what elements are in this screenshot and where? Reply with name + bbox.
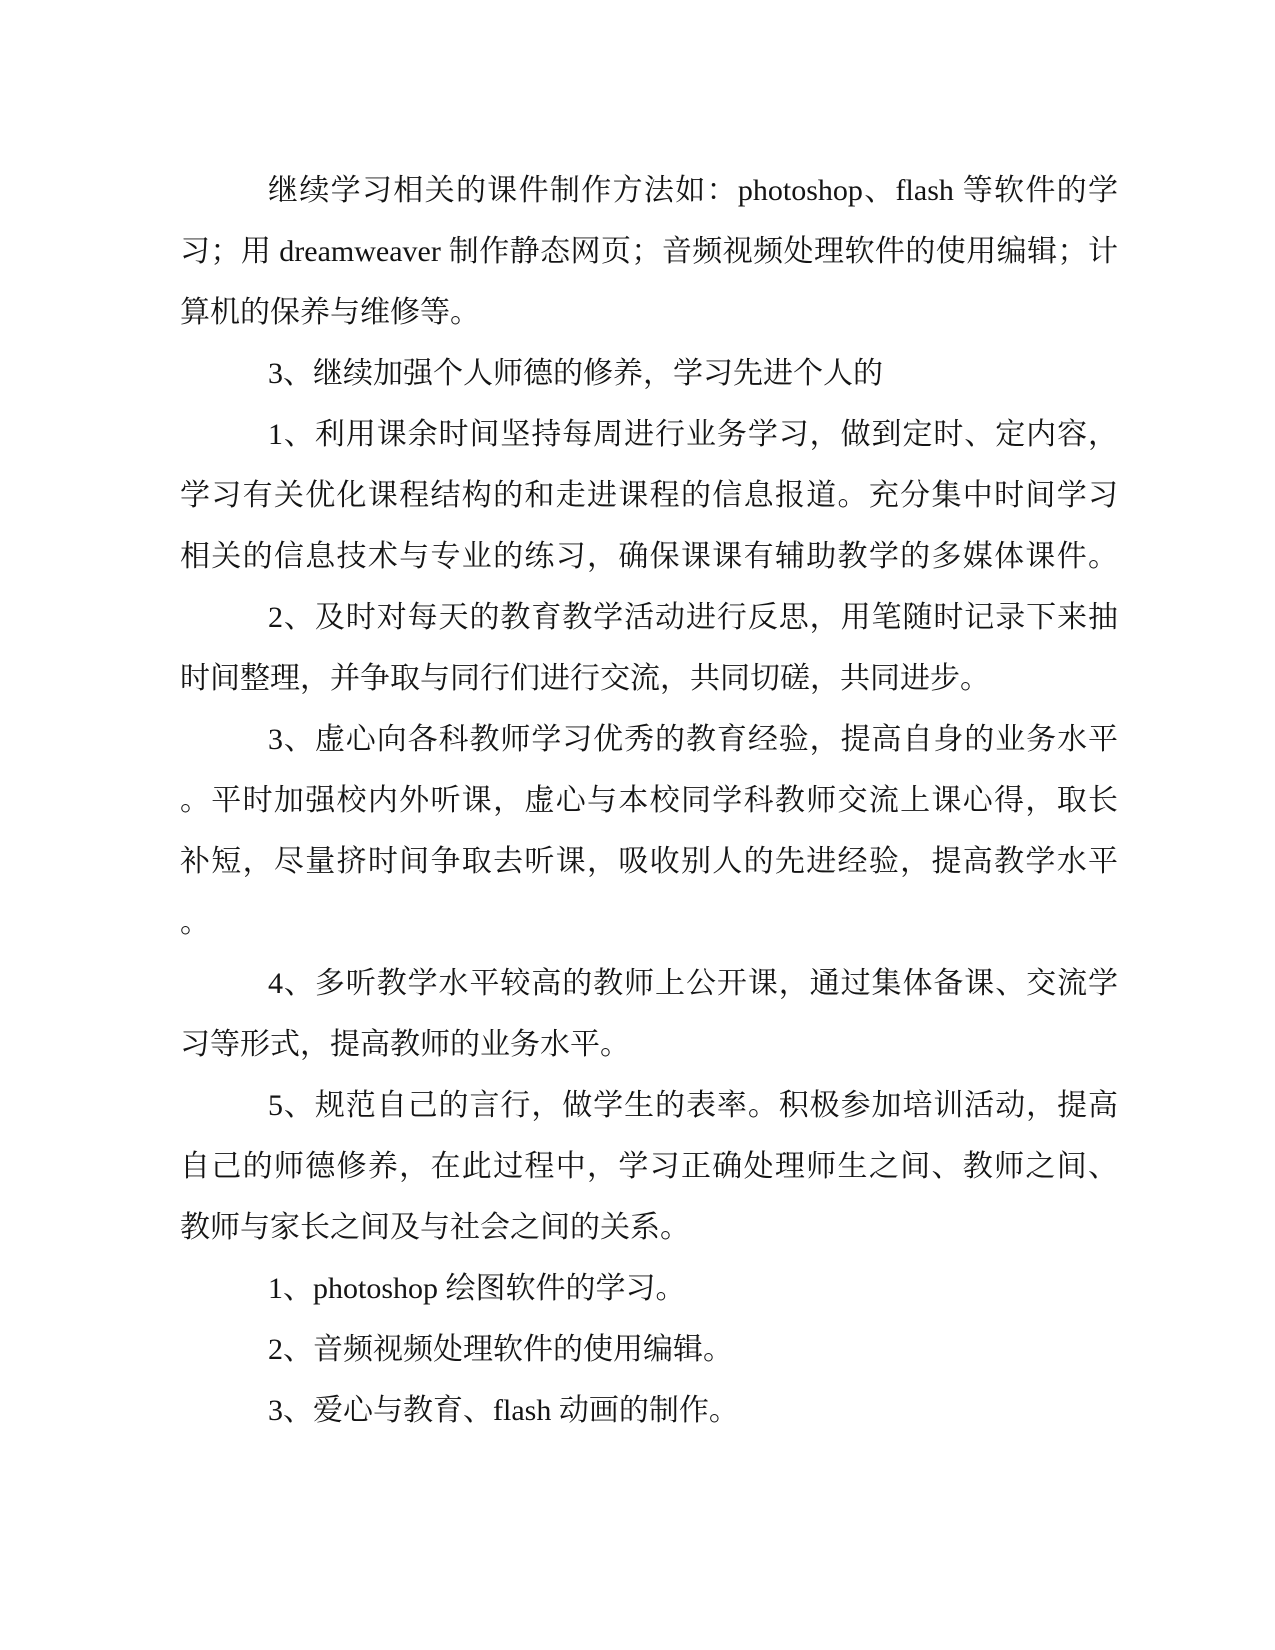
text-line: 相关的信息技术与专业的练习，确保课课有辅助教学的多媒体课件。 xyxy=(180,526,1118,587)
text-line: 5、规范自己的言行，做学生的表率。积极参加培训活动，提高 xyxy=(180,1075,1118,1136)
text-line: 教师与家长之间及与社会之间的关系。 xyxy=(180,1197,1118,1258)
text-line: 1、photoshop 绘图软件的学习。 xyxy=(180,1258,1118,1319)
text-line: 算机的保养与维修等。 xyxy=(180,282,1118,343)
text-line: 2、音频视频处理软件的使用编辑。 xyxy=(180,1319,1118,1380)
text-line: 4、多听教学水平较高的教师上公开课，通过集体备课、交流学 xyxy=(180,953,1118,1014)
text-line: 时间整理，并争取与同行们进行交流，共同切磋，共同进步。 xyxy=(180,648,1118,709)
text-line: 。 xyxy=(180,892,1118,953)
text-line: 习等形式，提高教师的业务水平。 xyxy=(180,1014,1118,1075)
text-line: 3、继续加强个人师德的修养，学习先进个人的 xyxy=(180,343,1118,404)
text-line: 学习有关优化课程结构的和走进课程的信息报道。充分集中时间学习 xyxy=(180,465,1118,526)
text-line: 1、利用课余时间坚持每周进行业务学习，做到定时、定内容， xyxy=(180,404,1118,465)
text-body: 继续学习相关的课件制作方法如：photoshop、flash 等软件的学习；用 … xyxy=(180,160,1118,1441)
text-line: 继续学习相关的课件制作方法如：photoshop、flash 等软件的学 xyxy=(180,160,1118,221)
text-line: 3、爱心与教育、flash 动画的制作。 xyxy=(180,1380,1118,1441)
document-page: 继续学习相关的课件制作方法如：photoshop、flash 等软件的学习；用 … xyxy=(0,0,1275,1650)
text-line: 2、及时对每天的教育教学活动进行反思，用笔随时记录下来抽 xyxy=(180,587,1118,648)
text-line: 。平时加强校内外听课，虚心与本校同学科教师交流上课心得，取长 xyxy=(180,770,1118,831)
text-line: 补短，尽量挤时间争取去听课，吸收别人的先进经验，提高教学水平 xyxy=(180,831,1118,892)
text-line: 3、虚心向各科教师学习优秀的教育经验，提高自身的业务水平 xyxy=(180,709,1118,770)
text-line: 自己的师德修养，在此过程中，学习正确处理师生之间、教师之间、 xyxy=(180,1136,1118,1197)
text-line: 习；用 dreamweaver 制作静态网页；音频视频处理软件的使用编辑；计 xyxy=(180,221,1118,282)
